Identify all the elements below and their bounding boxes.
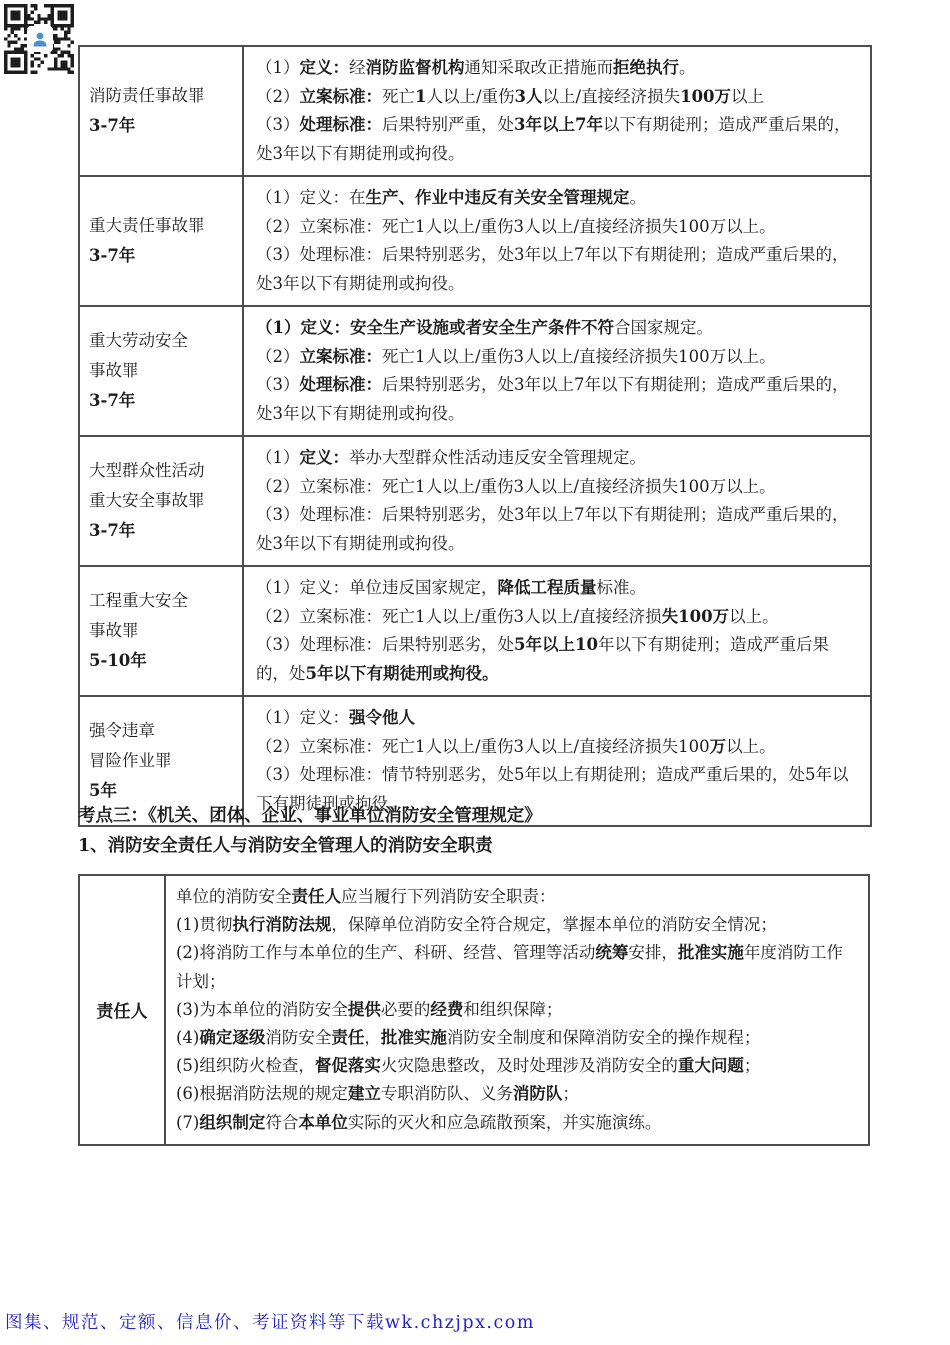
- subsection-heading: 1、消防安全责任人与消防安全管理人的消防安全职责: [78, 831, 878, 861]
- crime-detail-cell: （1）定义：经消防监督机构通知采取改正措施而拒绝执行。（2）立案标准：死亡1人以…: [243, 46, 871, 176]
- detail-line: (1)贯彻执行消防法规，保障单位消防安全符合规定，掌握本单位的消防安全情况；: [176, 911, 858, 939]
- crime-name: 强令违章: [89, 716, 236, 746]
- detail-line: (2)将消防工作与本单位的生产、科研、经营、管理等活动统筹安排，批准实施年度消防…: [176, 939, 858, 995]
- crime-name-cell: 重大劳动安全事故罪3-7年: [79, 306, 243, 436]
- detail-line: （1）定义：强令他人: [256, 704, 858, 733]
- table-row: 消防责任事故罪3-7年（1）定义：经消防监督机构通知采取改正措施而拒绝执行。（2…: [79, 46, 871, 176]
- crime-name-cell: 大型群众性活动重大安全事故罪3-7年: [79, 436, 243, 566]
- detail-line: （1）定义：单位违反国家规定，降低工程质量标准。: [256, 574, 858, 603]
- table-row: 大型群众性活动重大安全事故罪3-7年（1）定义：举办大型群众性活动违反安全管理规…: [79, 436, 871, 566]
- sentence-term: 3-7年: [89, 111, 236, 141]
- sentence-term: 3-7年: [89, 386, 236, 416]
- headings-block: 考点三：《机关、团体、企业、事业单位消防安全管理规定》 1、消防安全责任人与消防…: [78, 801, 878, 861]
- duties-content-cell: 单位的消防安全责任人应当履行下列消防安全职责：(1)贯彻执行消防法规，保障单位消…: [165, 875, 869, 1145]
- crimes-table-body: 消防责任事故罪3-7年（1）定义：经消防监督机构通知采取改正措施而拒绝执行。（2…: [79, 46, 871, 826]
- detail-line: （3）处理标准：后果特别恶劣，处5年以上10年以下有期徒刑；造成严重后果的，处5…: [256, 631, 858, 688]
- table-row: 工程重大安全事故罪5-10年（1）定义：单位违反国家规定，降低工程质量标准。（2…: [79, 566, 871, 696]
- detail-line: （2）立案标准：死亡1人以上/重伤3人以上/直接经济损失100万以上。: [256, 343, 858, 372]
- crime-name: 消防责任事故罪: [89, 81, 236, 111]
- table-row: 重大责任事故罪3-7年（1）定义：在生产、作业中违反有关安全管理规定。（2）立案…: [79, 176, 871, 306]
- crimes-table: 消防责任事故罪3-7年（1）定义：经消防监督机构通知采取改正措施而拒绝执行。（2…: [78, 45, 872, 827]
- crime-detail-cell: （1）定义：在生产、作业中违反有关安全管理规定。（2）立案标准：死亡1人以上/重…: [243, 176, 871, 306]
- detail-line: (3)为本单位的消防安全提供必要的经费和组织保障；: [176, 996, 858, 1024]
- section-heading: 考点三：《机关、团体、企业、事业单位消防安全管理规定》: [78, 801, 878, 831]
- detail-line: （3）处理标准：后果特别恶劣，处3年以上7年以下有期徒刑；造成严重后果的，处3年…: [256, 501, 858, 558]
- duties-role-cell: 责任人: [79, 875, 165, 1145]
- detail-line: （3）处理标准：后果特别恶劣，处3年以上7年以下有期徒刑；造成严重后果的，处3年…: [256, 241, 858, 298]
- detail-line: （2）立案标准：死亡1人以上/重伤3人以上/直接经济损失100万以上。: [256, 213, 858, 242]
- crime-name: 重大责任事故罪: [89, 211, 236, 241]
- qr-code: [4, 4, 74, 74]
- detail-line: (4)确定逐级消防安全责任，批准实施消防安全制度和保障消防安全的操作规程；: [176, 1024, 858, 1052]
- detail-line: （3）处理标准：后果特别恶劣，处3年以上7年以下有期徒刑；造成严重后果的，处3年…: [256, 371, 858, 428]
- crime-name: 重大安全事故罪: [89, 486, 236, 516]
- crime-name-cell: 工程重大安全事故罪5-10年: [79, 566, 243, 696]
- crime-detail-cell: （1）定义：单位违反国家规定，降低工程质量标准。（2）立案标准：死亡1人以上/重…: [243, 566, 871, 696]
- detail-line: （2）立案标准：死亡1人以上/重伤3人以上/直接经济损失100万以上。: [256, 733, 858, 762]
- detail-line: (7)组织制定符合本单位实际的灭火和应急疏散预案，并实施演练。: [176, 1109, 858, 1137]
- detail-line: （2）立案标准：死亡1人以上/重伤3人以上/直接经济损失100万以上: [256, 83, 858, 112]
- sentence-term: 3-7年: [89, 241, 236, 271]
- crime-name: 大型群众性活动: [89, 456, 236, 486]
- document-page: 消防责任事故罪3-7年（1）定义：经消防监督机构通知采取改正措施而拒绝执行。（2…: [0, 0, 950, 1345]
- detail-line: (5)组织防火检查，督促落实火灾隐患整改，及时处理涉及消防安全的重大问题；: [176, 1052, 858, 1080]
- crime-name-cell: 消防责任事故罪3-7年: [79, 46, 243, 176]
- crime-name: 工程重大安全: [89, 586, 236, 616]
- detail-line: （3）处理标准：后果特别严重，处3年以上7年以下有期徒刑；造成严重后果的，处3年…: [256, 111, 858, 168]
- detail-line: （1）定义：经消防监督机构通知采取改正措施而拒绝执行。: [256, 54, 858, 83]
- table-row: 重大劳动安全事故罪3-7年（1）定义：安全生产设施或者安全生产条件不符合国家规定…: [79, 306, 871, 436]
- detail-line: （1）定义：在生产、作业中违反有关安全管理规定。: [256, 184, 858, 213]
- crime-detail-cell: （1）定义：安全生产设施或者安全生产条件不符合国家规定。（2）立案标准：死亡1人…: [243, 306, 871, 436]
- crime-detail-cell: （1）定义：举办大型群众性活动违反安全管理规定。（2）立案标准：死亡1人以上/重…: [243, 436, 871, 566]
- crime-name: 冒险作业罪: [89, 746, 236, 776]
- detail-line: （1）定义：举办大型群众性活动违反安全管理规定。: [256, 444, 858, 473]
- sentence-term: 5-10年: [89, 646, 236, 676]
- footer-link[interactable]: 图集、规范、定额、信息价、考证资料等下载wk.chzjpx.com: [5, 1309, 535, 1334]
- table-row: 责任人 单位的消防安全责任人应当履行下列消防安全职责：(1)贯彻执行消防法规，保…: [79, 875, 869, 1145]
- crime-name: 事故罪: [89, 616, 236, 646]
- person-icon: [27, 26, 53, 52]
- detail-line: （1）定义：安全生产设施或者安全生产条件不符合国家规定。: [256, 314, 858, 343]
- detail-line: （2）立案标准：死亡1人以上/重伤3人以上/直接经济损失100万以上。: [256, 603, 858, 632]
- detail-line: （2）立案标准：死亡1人以上/重伤3人以上/直接经济损失100万以上。: [256, 473, 858, 502]
- duties-table: 责任人 单位的消防安全责任人应当履行下列消防安全职责：(1)贯彻执行消防法规，保…: [78, 874, 870, 1146]
- crime-name: 事故罪: [89, 356, 236, 386]
- detail-line: (6)根据消防法规的规定建立专职消防队、义务消防队；: [176, 1080, 858, 1108]
- duties-table-body: 责任人 单位的消防安全责任人应当履行下列消防安全职责：(1)贯彻执行消防法规，保…: [79, 875, 869, 1145]
- crime-name-cell: 重大责任事故罪3-7年: [79, 176, 243, 306]
- detail-line: 单位的消防安全责任人应当履行下列消防安全职责：: [176, 883, 858, 911]
- sentence-term: 3-7年: [89, 516, 236, 546]
- crime-name: 重大劳动安全: [89, 326, 236, 356]
